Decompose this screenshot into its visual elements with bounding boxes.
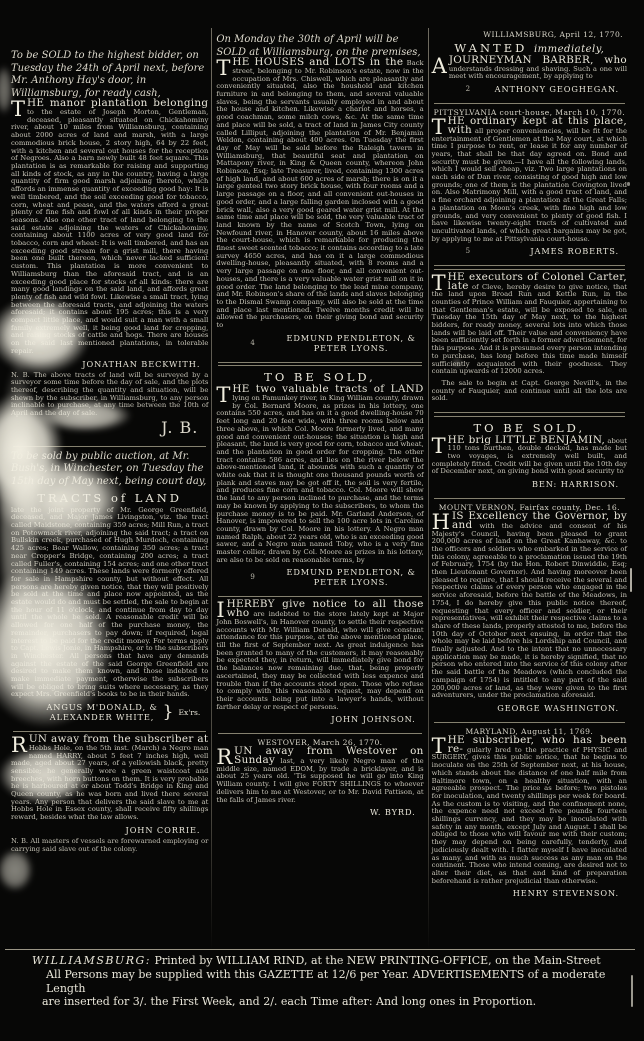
article-pittsylvania-ordinary: PITTSYLVANIA court-house, March 10, 1770… — [432, 108, 627, 256]
drop-cap: T — [432, 274, 448, 291]
postscript-signature: J. B. — [11, 418, 208, 437]
imprint-line-1: WILLIAMSBURG: Printed by WILLIAM RIND, a… — [32, 954, 636, 968]
signature-row: BEN: HARRISON. — [432, 479, 619, 489]
article-heading: To be SOLD to the highest bidder, on Tue… — [11, 50, 208, 100]
column-left: To be SOLD to the highest bidder, on Tue… — [8, 28, 211, 950]
signature: BEN: HARRISON. — [532, 479, 619, 489]
signature-row: 2 ANTHONY GEOGHEGAN. — [432, 84, 619, 94]
article-boswell-store-notice: IHEREBY give notice to all those who are… — [216, 601, 423, 724]
signature: EDMUND PENDLETON, & PETER LYONS. — [286, 333, 415, 353]
drop-cap: R — [216, 748, 234, 765]
display-heading: TRACTS of LAND — [11, 491, 208, 505]
body-text: late the joint property of Mr. George Gr… — [11, 506, 208, 699]
section-rule-double — [434, 265, 625, 270]
section-rule — [13, 731, 206, 732]
column-middle: On Monday the 30th of April will be SOLD… — [212, 28, 427, 950]
newsprint-page: To be SOLD to the highest bidder, on Tue… — [0, 0, 644, 1041]
signature-row: GEORGE WASHINGTON. — [432, 703, 619, 713]
display-heading-text: WANTED — [454, 41, 527, 55]
drop-cap: T — [216, 386, 232, 403]
body-text: with the advice and consent of his Majes… — [432, 522, 627, 699]
article-morton-estate-sale: To be SOLD to the highest bidder, on Tue… — [11, 50, 208, 437]
press-figure: 9 — [250, 573, 254, 581]
postscript: N. B. All masters of vessels are forewar… — [11, 838, 208, 853]
drop-cap: T — [11, 100, 27, 117]
article-body: THE two valuable tracts of LAND lying on… — [216, 386, 423, 564]
signature: JAMES ROBERTS. — [530, 246, 619, 256]
press-figure: 2 — [466, 85, 470, 93]
drop-cap: A — [432, 57, 449, 74]
section-rule — [218, 596, 421, 597]
drop-cap: T — [216, 59, 232, 76]
section-rule — [434, 722, 625, 723]
executors-label: Ex'rs. — [178, 708, 200, 717]
article-body: AJOURNEYMAN BARBER, who understands dres… — [432, 57, 627, 81]
section-rule — [434, 498, 625, 499]
signature: ANGUS M'DONALD, & ALEXANDER WHITE, — [46, 702, 157, 722]
signature: EDMUND PENDLETON, & PETER LYONS. — [286, 567, 415, 587]
body-text: lying on Pamunkey river, in King William… — [216, 394, 423, 564]
signature: ANTHONY GEOGHEGAN. — [495, 84, 619, 94]
scan-speck — [627, 182, 630, 186]
imprint-line-3: are inserted for 3/. the First Week, and… — [42, 995, 636, 1009]
article-winchester-auction: To be sold by public auction, at Mr. Bus… — [11, 451, 208, 722]
article-washington-land-notice: MOUNT VERNON, Fairfax county, Dec. 16. H… — [432, 503, 627, 713]
article-brig-little-benjamin: TO BE SOLD, THE brig LITTLE BENJAMIN, ab… — [432, 421, 627, 490]
body-text: Back street, belonging to Mr. Robinson's… — [216, 59, 423, 329]
imprint-rule — [5, 949, 635, 950]
article-stevenson-inoculation: MARYLAND, August 11, 1769. THE subscribe… — [432, 727, 627, 898]
signature: GEORGE WASHINGTON. — [497, 703, 619, 713]
signature-row: JONATHAN BECKWITH. — [11, 359, 200, 369]
article-wanted-barber: WILLIAMSBURG, April 12, 1770. WANTED imm… — [432, 30, 627, 94]
signature-row: 4 EDMUND PENDLETON, & PETER LYONS. — [216, 333, 415, 353]
signature-row: W. BYRD. — [216, 807, 415, 817]
display-heading: WANTED immediately, — [432, 41, 627, 55]
article-runaway-edom: WESTOVER, March 26, 1770. RUN away from … — [216, 738, 423, 817]
section-rule-double — [434, 412, 625, 417]
film-scratch — [630, 568, 632, 592]
body-text: of Cleve, hereby desire to give notice, … — [432, 283, 627, 376]
signature-row: HENRY STEVENSON. — [432, 888, 619, 898]
article-body-2: The sale to begin at Capt. George Nevill… — [432, 380, 627, 403]
signature-row: JOHN CORRIE. — [11, 825, 200, 835]
display-heading: TO BE SOLD, — [216, 370, 423, 384]
section-rule-double — [218, 362, 421, 367]
article-body: late the joint property of Mr. George Gr… — [11, 507, 208, 700]
article-pamunkey-tracts: TO BE SOLD, THE two valuable tracts of L… — [216, 370, 423, 587]
signature-row: ANGUS M'DONALD, & ALEXANDER WHITE, } Ex'… — [11, 702, 200, 722]
drop-cap: T — [432, 737, 448, 754]
section-rule — [434, 103, 625, 104]
column-layout: To be SOLD to the highest bidder, on Tue… — [8, 28, 630, 950]
article-body: THE ordinary kept at this place, with al… — [432, 118, 627, 243]
body-text: understands dressing and shaving. Such a… — [449, 65, 627, 81]
body-text: Hobbs Hole, on the 5th inst. (March) a N… — [11, 744, 208, 821]
dateline: WILLIAMSBURG, April 12, 1770. — [432, 30, 627, 39]
article-runaway-harry: RUN away from the subscriber at Hobbs Ho… — [11, 736, 208, 853]
signature-row: 5 JAMES ROBERTS. — [432, 246, 619, 256]
signature: JOHN CORRIE. — [126, 825, 201, 835]
newspaper-page-scan: To be SOLD to the highest bidder, on Tue… — [0, 0, 644, 1041]
article-body: THE executors of Colonel Carter, late of… — [432, 274, 627, 376]
signature: HENRY STEVENSON. — [513, 888, 619, 898]
postscript: N. B. The above tracts of land will be s… — [11, 372, 208, 418]
article-body: IHEREBY give notice to all those who are… — [216, 601, 423, 711]
body-text: gularly bred to the practice of PHYSIC a… — [432, 746, 627, 885]
section-rule — [218, 733, 421, 734]
drop-cap: H — [432, 513, 452, 530]
display-heading: TO BE SOLD, — [432, 421, 627, 435]
article-body: THE manor plantation belonging to the es… — [11, 100, 208, 355]
signature: JONATHAN BECKWITH. — [82, 359, 200, 369]
body-text: are indebted to the store lately kept at… — [216, 610, 423, 710]
article-body: THE brig LITTLE BENJAMIN, about 110 tons… — [432, 437, 627, 477]
drop-cap: R — [11, 736, 29, 753]
film-scratch — [631, 975, 633, 1007]
body-text: to the estate of Joseph Morton, Gentlema… — [11, 108, 208, 355]
brace-glyph: } — [163, 705, 174, 719]
signature-row: JOHN JOHNSON. — [216, 714, 415, 724]
article-heading: To be sold by public auction, at Mr. Bus… — [11, 451, 208, 489]
imprint-line-2: All Persons may be supplied with this GA… — [46, 968, 636, 996]
printer-imprint: WILLIAMSBURG: Printed by WILLIAM RIND, a… — [10, 954, 636, 1009]
article-body: RUN away from the subscriber at Hobbs Ho… — [11, 736, 208, 822]
body-text: all proper conveniencies, will be fit fo… — [432, 127, 627, 243]
drop-cap: T — [432, 437, 448, 454]
article-body: HIS Excellency the Governor, by and with… — [432, 513, 627, 700]
imprint-line-1-text: Printed by WILLIAM RIND, at the NEW PRIN… — [154, 954, 600, 967]
signature: JOHN JOHNSON. — [331, 714, 415, 724]
article-body: RUN away from Westover on Sunday last, a… — [216, 748, 423, 804]
article-body: THE subscriber, who has been re- gularly… — [432, 737, 627, 885]
article-robinson-estate-sale: On Monday the 30th of April will be SOLD… — [216, 34, 423, 353]
section-rule — [13, 446, 206, 447]
column-right: WILLIAMSBURG, April 12, 1770. WANTED imm… — [429, 28, 630, 950]
press-figure: 5 — [466, 247, 470, 255]
drop-cap: T — [432, 118, 448, 135]
article-body: THE HOUSES and LOTS in the Back street, … — [216, 59, 423, 330]
press-figure: 4 — [250, 339, 254, 347]
signature-row: 9 EDMUND PENDLETON, & PETER LYONS. — [216, 567, 415, 587]
drop-cap: I — [216, 601, 226, 618]
imprint-place: WILLIAMSBURG: — [32, 954, 151, 967]
article-carter-executors: THE executors of Colonel Carter, late of… — [432, 274, 627, 403]
signature: W. BYRD. — [370, 807, 416, 817]
body-text: last, a very likely Negro man of the mid… — [216, 757, 423, 804]
